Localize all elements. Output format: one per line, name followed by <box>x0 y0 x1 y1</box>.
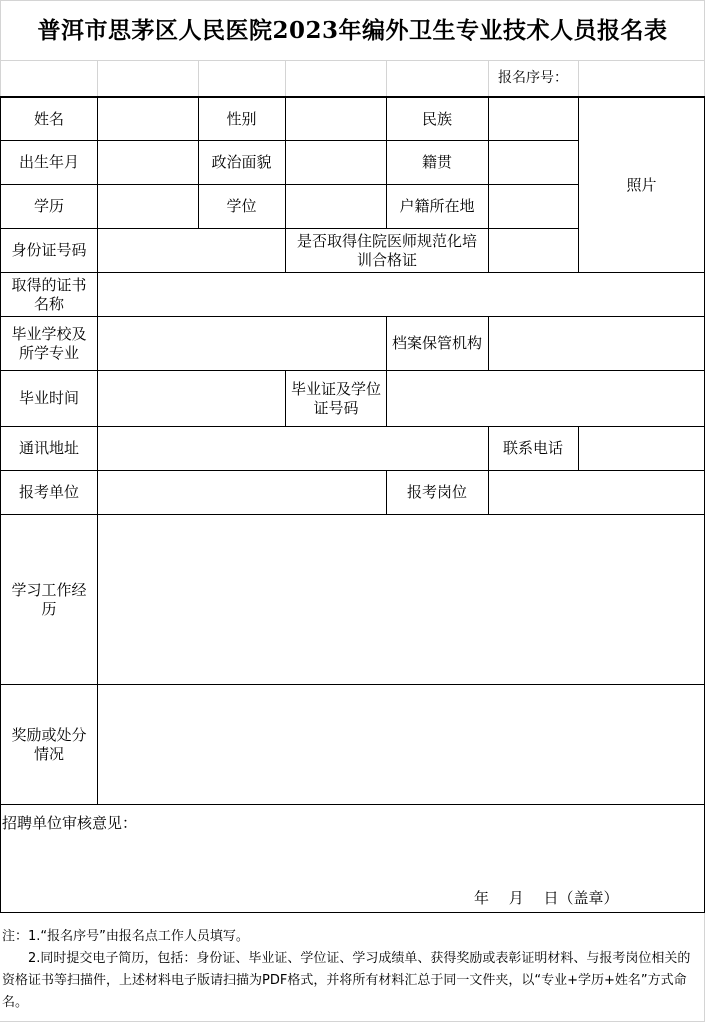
school-label: 毕业学校及所学专业 <box>5 317 93 370</box>
political-field[interactable] <box>286 141 386 184</box>
gridline <box>285 60 286 96</box>
gridline <box>198 60 199 96</box>
post-field[interactable] <box>489 471 704 514</box>
note-1: 注：1.“报名序号”由报名点工作人员填写。 <box>2 926 703 948</box>
ethnicity-field[interactable] <box>489 98 578 140</box>
degree-field[interactable] <box>286 185 386 228</box>
review-date-stamp: 年 月 日（盖章） <box>474 889 619 908</box>
photo-box[interactable]: 照片 <box>579 98 704 272</box>
residency-field[interactable] <box>489 229 578 272</box>
unit-field[interactable] <box>98 471 386 514</box>
grad-time-label: 毕业时间 <box>1 371 97 426</box>
id-field[interactable] <box>98 229 285 272</box>
page-title: 普洱市思茅区人民医院2023年编外卫生专业技术人员报名表 <box>0 0 705 60</box>
ethnicity-label: 民族 <box>386 98 488 140</box>
address-field[interactable] <box>98 427 488 470</box>
political-label: 政治面貌 <box>198 141 285 184</box>
serial-field[interactable] <box>579 61 704 95</box>
post-label: 报考岗位 <box>386 471 488 514</box>
experience-field[interactable] <box>98 515 704 684</box>
household-field[interactable] <box>489 185 578 228</box>
education-field[interactable] <box>98 185 198 228</box>
archive-field[interactable] <box>489 317 704 370</box>
diploma-field[interactable] <box>387 371 704 426</box>
household-label: 户籍所在地 <box>386 185 488 228</box>
reward-label: 奖励或处分情况 <box>5 685 93 804</box>
gender-label: 性别 <box>198 98 285 140</box>
diploma-label: 毕业证及学位证号码 <box>288 371 384 426</box>
notes: 注：1.“报名序号”由报名点工作人员填写。 2.同时提交电子简历，包括：身份证、… <box>2 926 703 1014</box>
gridline <box>386 60 387 96</box>
gridline <box>97 60 98 96</box>
reward-field[interactable] <box>98 685 704 804</box>
cert-label: 取得的证书名称 <box>5 273 93 316</box>
unit-label: 报考单位 <box>1 471 97 514</box>
note-2: 2.同时提交电子简历，包括：身份证、毕业证、学位证、学习成绩单、获得奖励或表彰证… <box>2 948 703 1014</box>
name-label: 姓名 <box>1 98 97 140</box>
education-label: 学历 <box>1 185 97 228</box>
phone-field[interactable] <box>579 427 704 470</box>
degree-label: 学位 <box>198 185 285 228</box>
gender-field[interactable] <box>286 98 386 140</box>
birth-field[interactable] <box>98 141 198 184</box>
name-field[interactable] <box>98 98 198 140</box>
phone-label: 联系电话 <box>488 427 578 470</box>
school-field[interactable] <box>98 317 386 370</box>
archive-label: 档案保管机构 <box>386 317 488 370</box>
cert-field[interactable] <box>98 273 704 316</box>
experience-label: 学习工作经历 <box>5 515 93 684</box>
birth-label: 出生年月 <box>1 141 97 184</box>
table-border <box>0 912 705 913</box>
native-label: 籍贯 <box>386 141 488 184</box>
table-border <box>285 370 286 426</box>
grad-time-field[interactable] <box>98 371 285 426</box>
id-label: 身份证号码 <box>1 229 97 272</box>
native-field[interactable] <box>489 141 578 184</box>
residency-label: 是否取得住院医师规范化培训合格证 <box>290 229 484 272</box>
serial-label: 报名序号： <box>488 60 578 96</box>
review-label: 招聘单位审核意见： <box>2 814 137 833</box>
address-label: 通讯地址 <box>1 427 97 470</box>
